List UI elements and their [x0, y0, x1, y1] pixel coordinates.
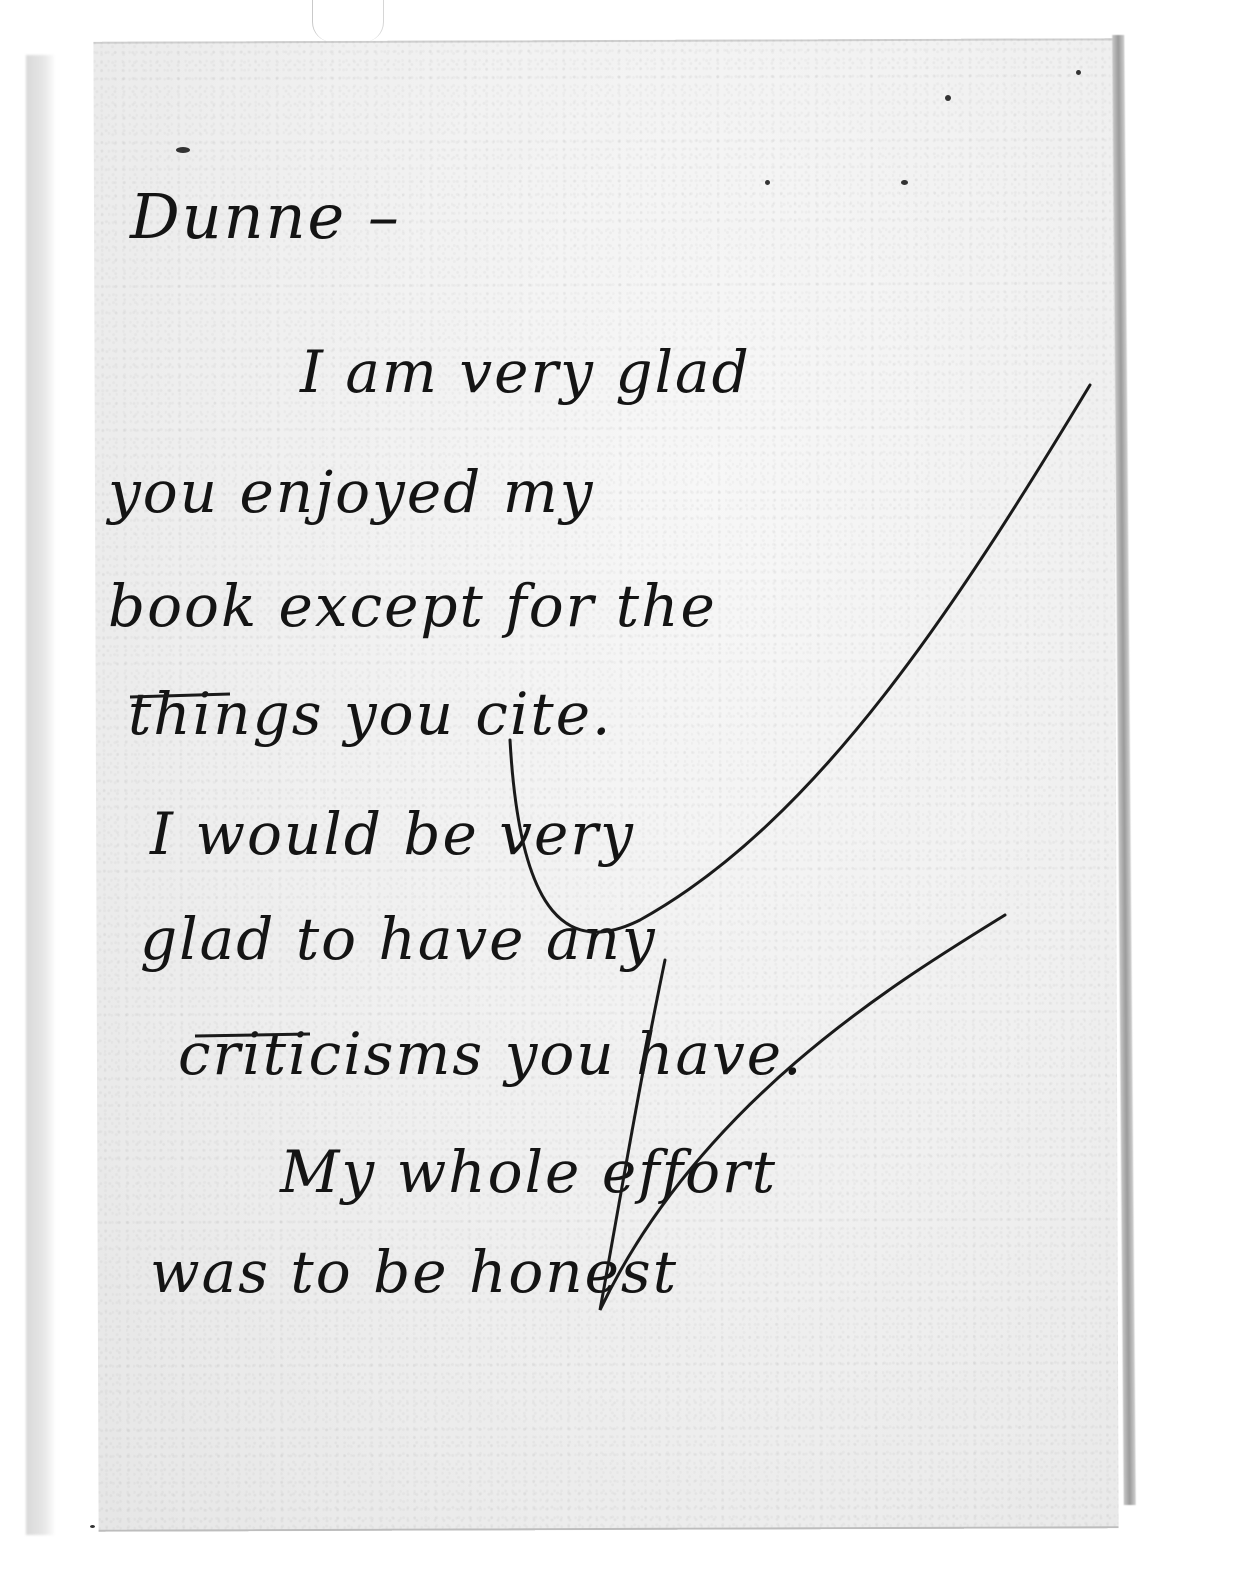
letter-body: Dunne – I am very glad you enjoyed my bo… — [0, 0, 1242, 1583]
letter-line-5: I would be very — [150, 800, 635, 868]
letter-line-3: book except for the — [108, 572, 717, 640]
letter-line-1: I am very glad — [300, 338, 751, 406]
scanned-letter: Dunne – I am very glad you enjoyed my bo… — [0, 0, 1242, 1583]
letter-line-8: My whole effort — [280, 1138, 777, 1206]
letter-line-6: glad to have any — [140, 905, 657, 973]
letter-line-7: criticisms you have. — [178, 1020, 804, 1088]
letter-salutation: Dunne – — [130, 180, 401, 253]
letter-line-9: was to be honest — [150, 1238, 678, 1306]
letter-line-4: things you cite. — [128, 680, 612, 748]
letter-line-2: you enjoyed my — [108, 458, 594, 526]
